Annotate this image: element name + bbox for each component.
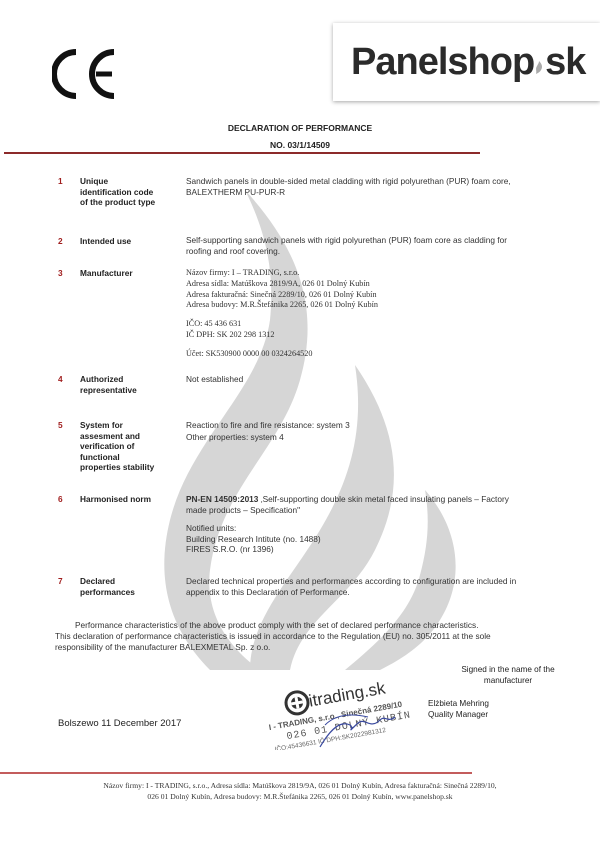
row-label: Harmonised norm (80, 494, 180, 505)
row-label: Authorizedrepresentative (80, 374, 180, 395)
row-value: Sandwich panels in double-sided metal cl… (186, 176, 516, 197)
row-label: Intended use (80, 236, 180, 247)
row-number: 6 (58, 494, 63, 505)
row-label: System forassesment andverification offu… (80, 420, 180, 473)
notified-unit: Building Research Intitute (no. 1488) (186, 534, 521, 545)
row-number: 3 (58, 268, 63, 279)
row-label: Uniqueidentification codeof the product … (80, 176, 180, 208)
document-number: NO. 03/1/14509 (0, 140, 600, 150)
row-label: Declaredperformances (80, 576, 180, 597)
row-value: Declared technical properties and perfor… (186, 576, 521, 597)
panelshop-logo: Panelshop sk (333, 23, 600, 101)
row-number: 4 (58, 374, 63, 385)
notified-unit: FIRES S.R.O. (nr 1396) (186, 544, 521, 555)
signer-role: Quality Manager (428, 710, 489, 721)
signed-in-name-label: Signed in the name of the manufacturer (448, 665, 568, 686)
flame-icon (535, 61, 544, 74)
manufacturer-details: Názov firmy: I – TRADING, s.r.o. Adresa … (186, 268, 526, 360)
ce-mark-icon (52, 48, 120, 100)
signer: Elżbieta Mehring Quality Manager (428, 699, 489, 720)
header-rule (4, 152, 480, 154)
row-value: Not established (186, 374, 526, 385)
place-and-date: Bolszewo 11 December 2017 (58, 718, 181, 729)
conformity-statement: Performance characteristics of the above… (55, 620, 525, 652)
row-value: Reaction to fire and fire resistance: sy… (186, 420, 526, 442)
brand-name: Panelshop (351, 41, 534, 84)
notified-units-heading: Notified units: (186, 523, 521, 534)
norm-code: PN-EN 14509:2013 (186, 494, 258, 504)
row-number: 2 (58, 236, 63, 247)
document-title: DECLARATION OF PERFORMANCE (0, 123, 600, 133)
brand-tld: sk (545, 41, 585, 84)
row-number: 1 (58, 176, 63, 187)
company-footer: Názov firmy: I - TRADING, s.r.o., Adresa… (0, 781, 600, 802)
signer-name: Elżbieta Mehring (428, 699, 489, 710)
footer-rule (0, 772, 472, 774)
row-number: 5 (58, 420, 63, 431)
row-label: Manufacturer (80, 268, 180, 279)
row-number: 7 (58, 576, 63, 587)
row-value: Self-supporting sandwich panels with rig… (186, 235, 526, 256)
row-value: PN-EN 14509:2013 ‚Self-supporting double… (186, 494, 521, 555)
